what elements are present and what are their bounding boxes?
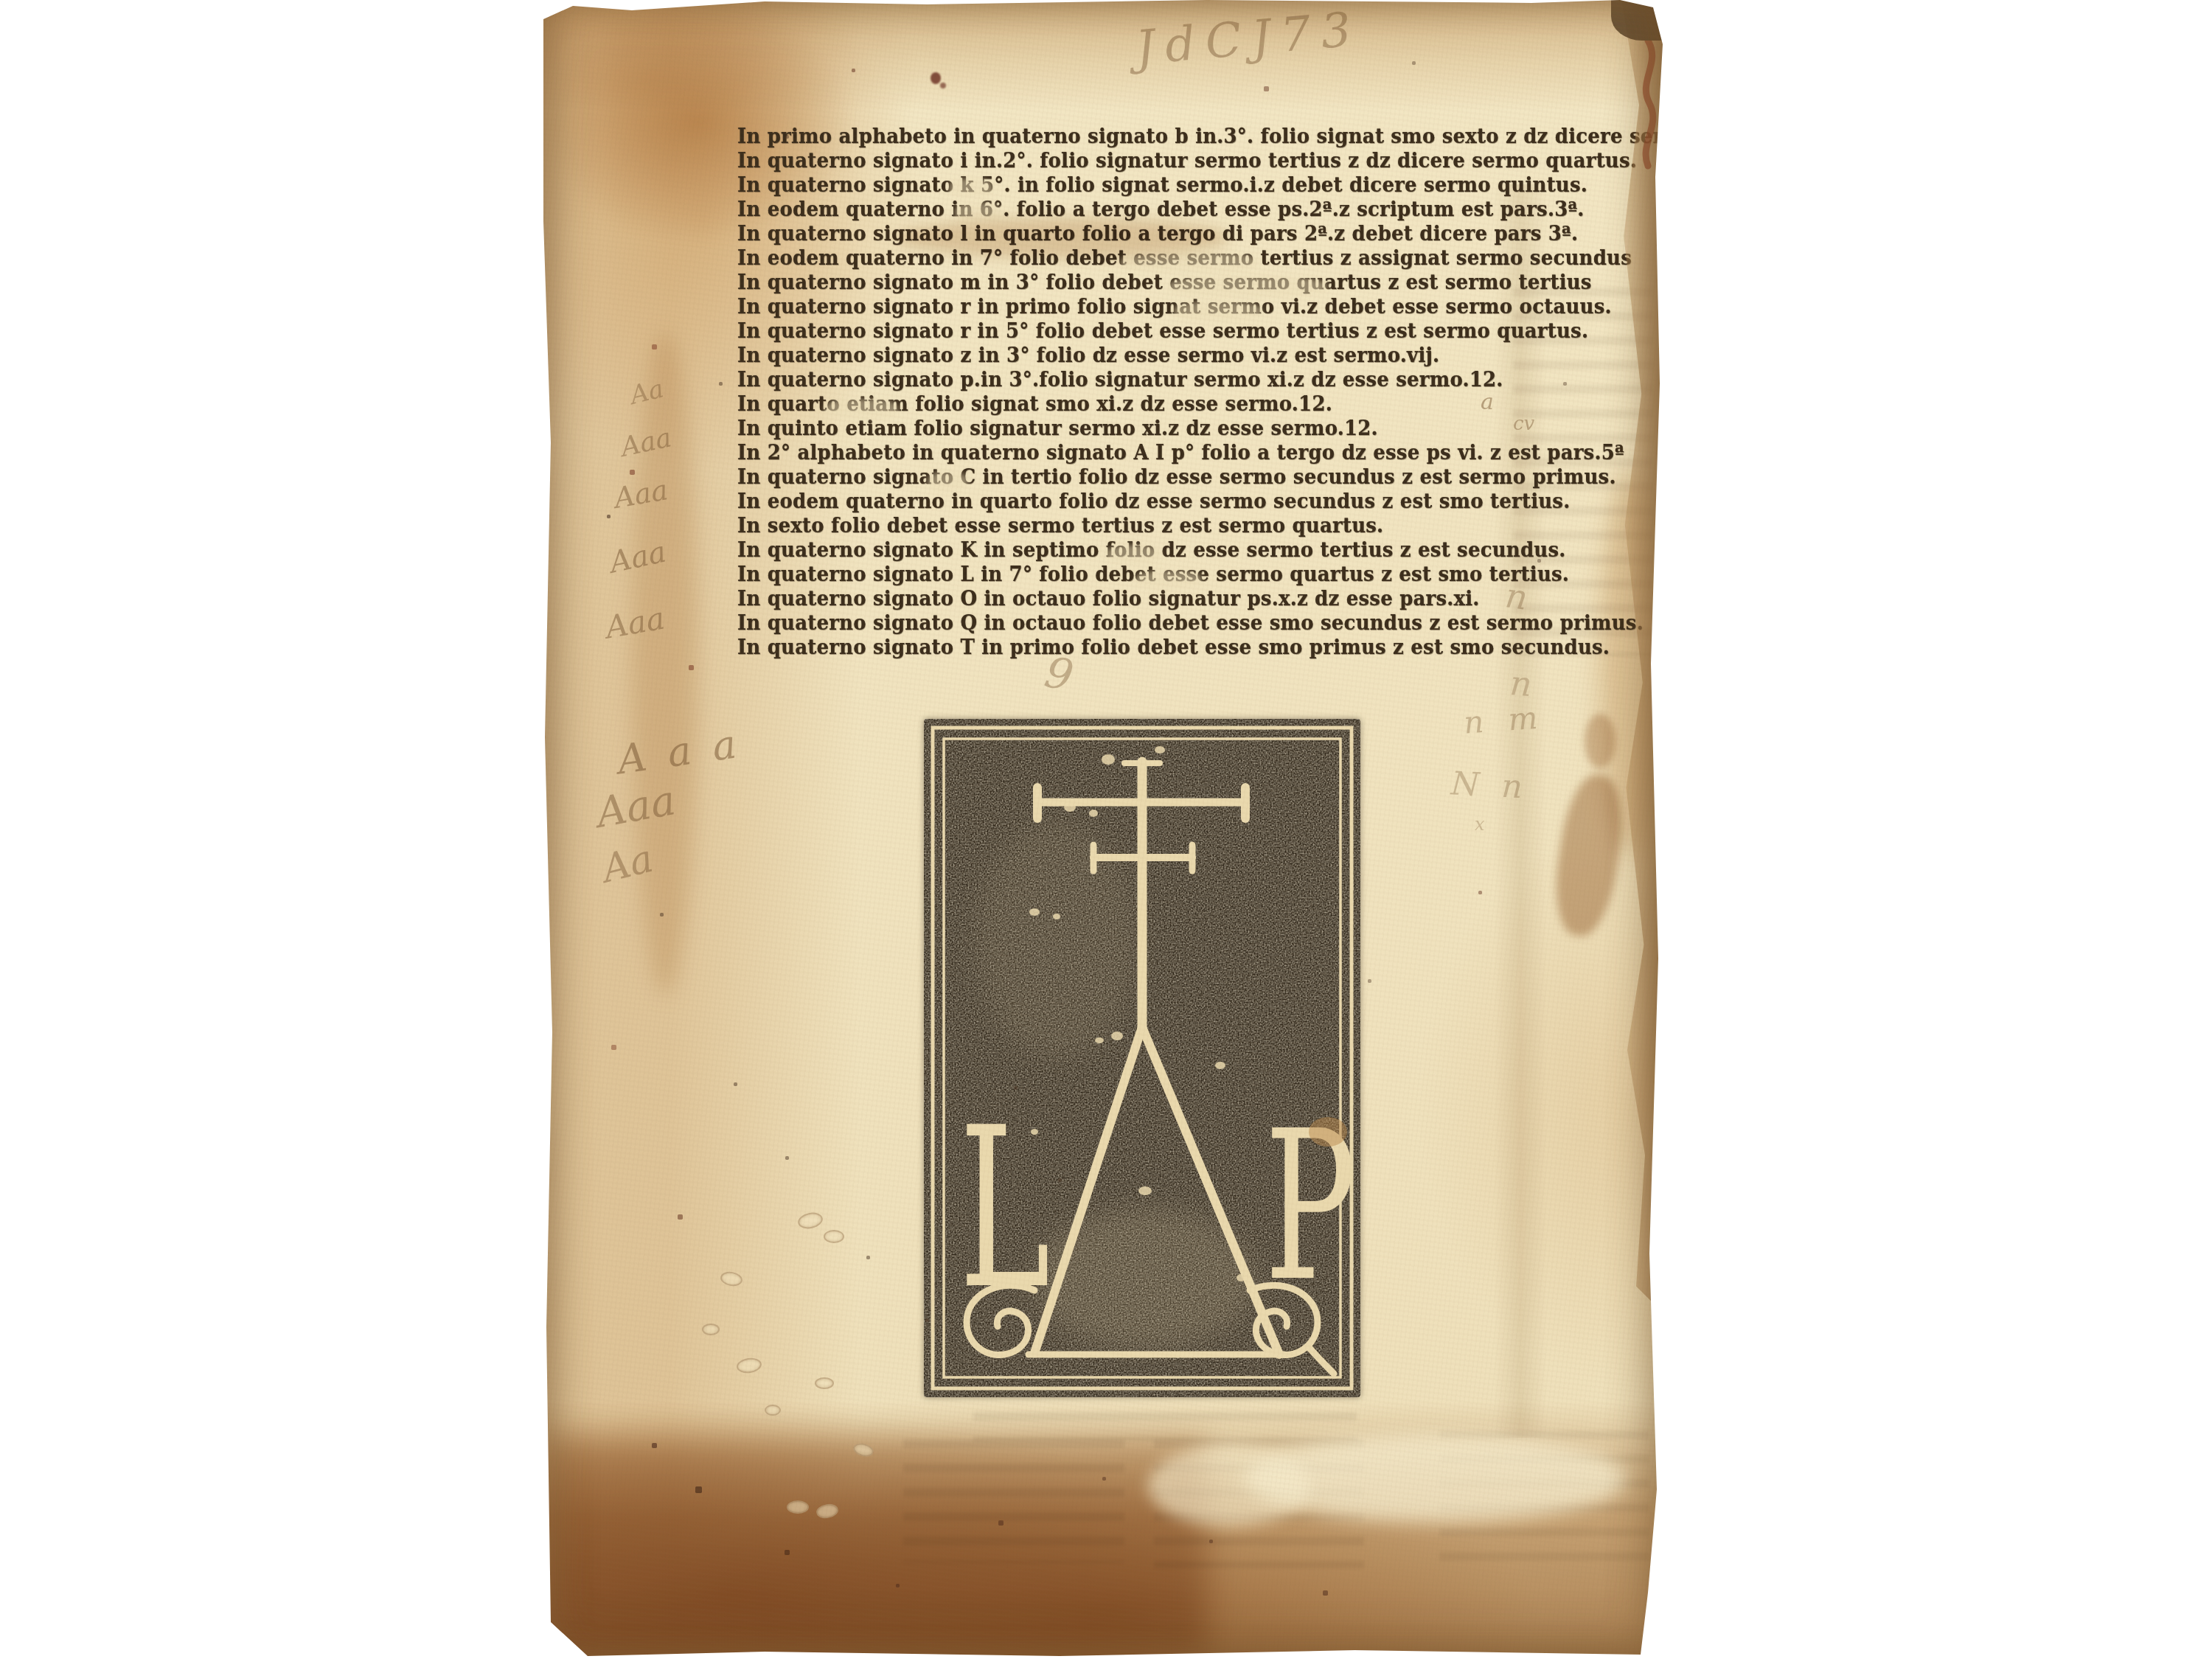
wear-smudge: [1106, 545, 1161, 564]
wear-smudge: [1135, 571, 1202, 588]
droplet-mark: [815, 1503, 840, 1520]
droplet-mark: [796, 1211, 824, 1231]
text-line: In quaterno signato K in septimo folio d…: [737, 538, 1688, 563]
stain: [1548, 771, 1630, 940]
book-page: In primo alphabeto in quaterno signato b…: [543, 0, 1663, 1659]
text-line: In eodem quaterno in quarto folio dz ess…: [737, 490, 1688, 515]
droplet-mark: [824, 1230, 844, 1243]
text-line: In quaterno signato p.in 3°.folio signat…: [737, 368, 1688, 393]
wear-smudge: [949, 178, 993, 198]
superscript-annotation: a: [1481, 389, 1494, 415]
droplet-mark: [765, 1405, 781, 1416]
pen-trial: Aaa: [602, 599, 667, 645]
text-line: In quaterno signato z in 3° folio dz ess…: [737, 344, 1688, 369]
superscript-annotation: cv: [1513, 413, 1534, 435]
text-line: In quaterno signato i in.2°. folio signa…: [737, 149, 1688, 174]
droplet-mark: [787, 1500, 809, 1514]
stain: [1585, 714, 1615, 768]
top-inscription-handwriting: JdCJ73: [1133, 2, 1363, 76]
text-line: In quaterno signato L in 7° folio debet …: [737, 563, 1688, 588]
show-through-text: [973, 1412, 1357, 1441]
pen-trial: Aaa: [593, 776, 679, 838]
text-line: In sexto folio debet esse sermo tertius …: [737, 514, 1688, 539]
wear-smudge: [1174, 302, 1262, 321]
wear-smudge: [824, 399, 898, 420]
stain: [543, 0, 1663, 111]
pencil-mark: N n: [1450, 765, 1529, 806]
pen-trial: Aa: [598, 837, 658, 892]
printed-text-block: In primo alphabeto in quaterno signato b…: [737, 125, 1688, 661]
droplet-mark: [736, 1357, 762, 1375]
text-line: In quaterno signato O in octauo folio si…: [737, 587, 1688, 612]
text-line: In primo alphabeto in quaterno signato b…: [737, 125, 1688, 150]
torn-edge-chunk: [1611, 0, 1663, 41]
printers-device-woodcut: L P: [924, 719, 1360, 1397]
droplet-mark: [720, 1270, 744, 1288]
pencil-mark: x: [1475, 814, 1485, 835]
droplet-mark: [702, 1324, 720, 1335]
pen-trial: A a a: [614, 720, 743, 784]
text-line: In eodem quaterno in 6°. folio a tergo d…: [737, 198, 1688, 223]
wear-smudge: [928, 472, 968, 491]
ink-blot: [940, 83, 946, 88]
foxing-specks: [543, 0, 544, 1]
text-line: In quaterno signato k 5°. in folio signa…: [737, 173, 1688, 198]
text-line: In 2° alphabeto in quaterno signato A I …: [737, 441, 1688, 466]
pencil-mark: n m: [1462, 699, 1545, 741]
ink-blot: [931, 72, 941, 84]
text-line: In quaterno signato r in 5° folio debet …: [737, 319, 1688, 344]
text-line: In quaterno signato C in tertio folio dz…: [737, 465, 1688, 490]
text-line: In quaterno signato Q in octauo folio de…: [737, 611, 1688, 636]
droplet-mark: [852, 1441, 874, 1458]
wear-smudge: [955, 203, 1001, 222]
pen-trial: Aaa: [612, 473, 670, 515]
red-braid-mark: [1633, 41, 1663, 181]
text-line: In quinto etiam folio signatur sermo xi.…: [737, 417, 1688, 442]
show-through-text: [903, 1439, 1124, 1563]
pen-trial: Aaa: [607, 535, 669, 580]
pen-trial: Aa: [627, 374, 667, 411]
stain-light-patch: [1148, 1445, 1310, 1526]
pen-trial: Aaa: [618, 422, 674, 462]
droplet-mark: [815, 1377, 834, 1389]
photo-background: In primo alphabeto in quaterno signato b…: [0, 0, 2212, 1659]
device-stain: [1309, 1117, 1347, 1147]
pencil-mark: n: [1509, 663, 1534, 704]
wear-smudge: [1169, 276, 1327, 298]
wear-smudge: [1121, 251, 1257, 274]
text-line: In quaterno signato l in quarto folio a …: [737, 222, 1688, 247]
text-line: In quaterno signato T in primo folio deb…: [737, 636, 1688, 661]
